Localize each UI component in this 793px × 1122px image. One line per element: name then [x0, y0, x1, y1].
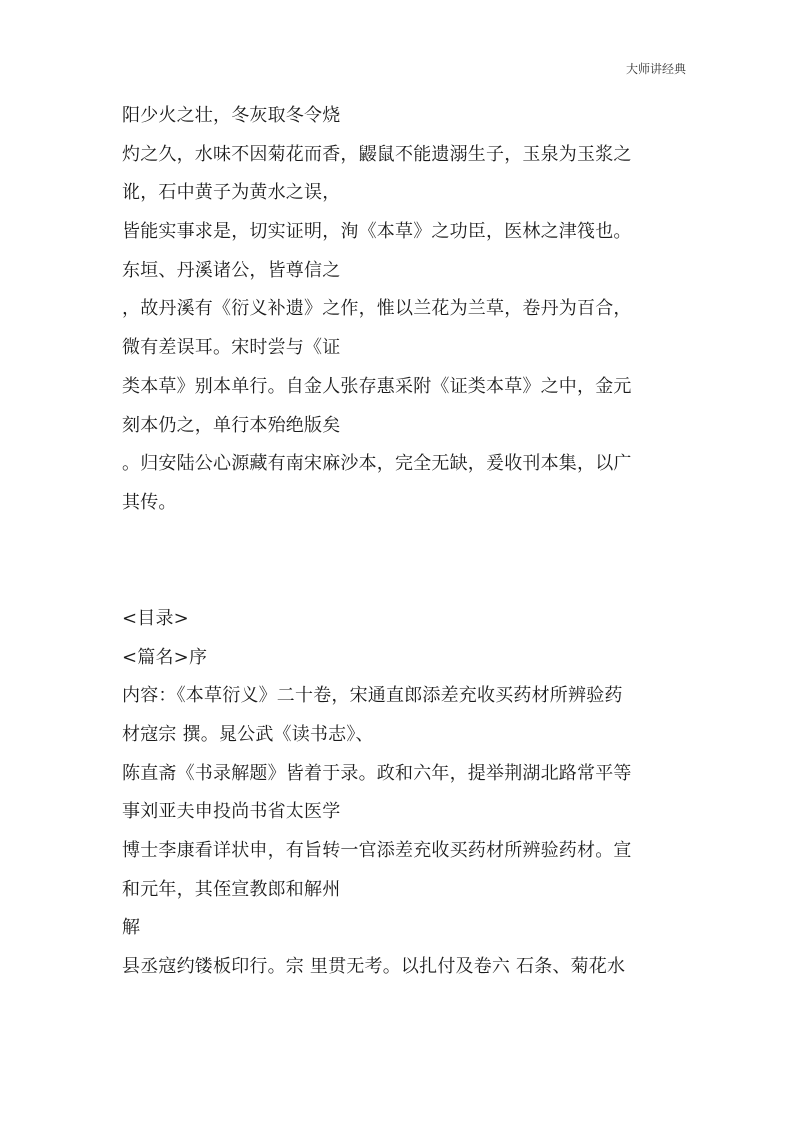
text-line: 皆能实事求是，切实证明，洵《本草》之功臣，医林之津筏也。 — [122, 213, 682, 252]
page-header: 大师讲经典 — [626, 60, 686, 77]
text-line: 微有差误耳。宋时尝与《证 — [122, 329, 682, 368]
text-line: 阳少火之壮，冬灰取冬令烧 — [122, 97, 682, 136]
text-line: 类本草》别本单行。自金人张存惠采附《证类本草》之中，金元 — [122, 368, 682, 407]
text-line: 内容：《本草衍义》二十卷，宋通直郎添差充收买药材所辨验药 — [122, 677, 682, 716]
text-line: 解 — [122, 909, 682, 948]
text-line: 博士李康看详状申，有旨转一官添差充收买药材所辨验药材。宣 — [122, 832, 682, 871]
text-line: 事刘亚夫申投尚书省太医学 — [122, 793, 682, 832]
text-line: 东垣、丹溪诸公，皆尊信之 — [122, 252, 682, 291]
text-line: 。归安陆公心源藏有南宋麻沙本，完全无缺，爰收刊本集，以广 — [122, 445, 682, 484]
text-line: ，故丹溪有《衍义补遗》之作，惟以兰花为兰草，卷丹为百合， — [122, 290, 682, 329]
section-tag-title: <篇名>序 — [122, 639, 682, 678]
blank-line — [122, 523, 682, 562]
text-line: 陈直斋《书录解题》皆着于录。政和六年，提举荆湖北路常平等 — [122, 755, 682, 794]
text-line: 讹，石中黄子为黄水之误， — [122, 174, 682, 213]
text-line: 材寇宗 撰。晁公武《读书志》、 — [122, 716, 682, 755]
text-line: 县丞寇约镂板印行。宗 里贯无考。以扎付及卷六 石条、菊花水 — [122, 948, 682, 987]
text-line: 灼之久，水味不因菊花而香，鼹鼠不能遗溺生子，玉泉为玉浆之 — [122, 136, 682, 175]
blank-line — [122, 561, 682, 600]
section-tag-toc: <目录> — [122, 600, 682, 639]
text-line: 其传。 — [122, 484, 682, 523]
text-line: 刻本仍之，单行本殆绝版矣 — [122, 407, 682, 446]
text-line: 和元年，其侄宣教郎和解州 — [122, 871, 682, 910]
document-body: 阳少火之壮，冬灰取冬令烧 灼之久，水味不因菊花而香，鼹鼠不能遗溺生子，玉泉为玉浆… — [122, 97, 682, 987]
